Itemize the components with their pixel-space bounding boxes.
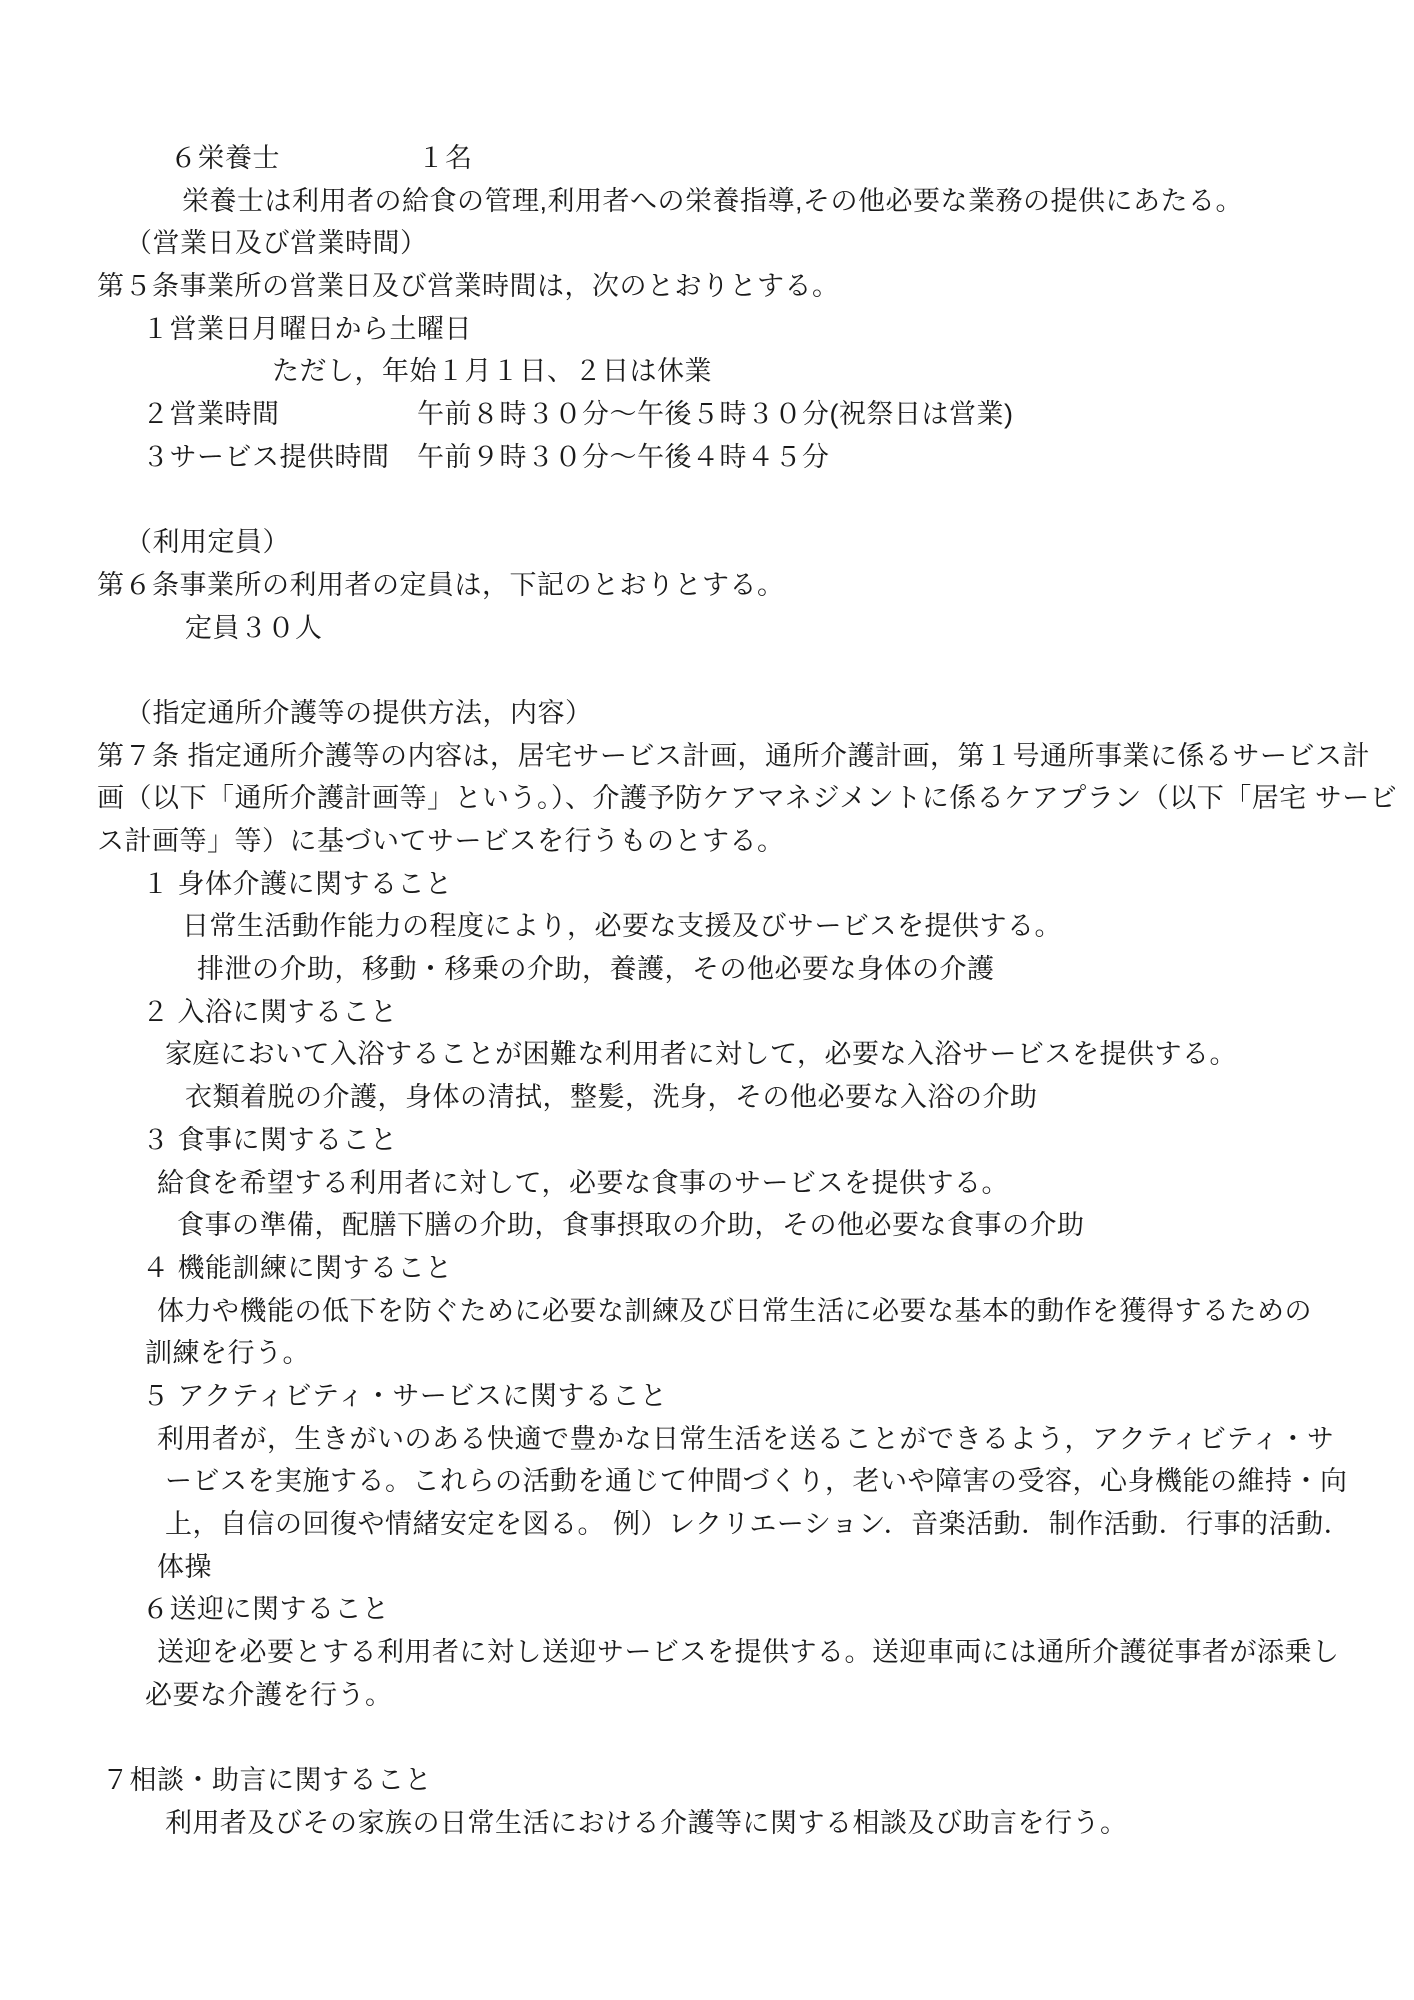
document-line: ６栄養士 １名 [97,137,1394,180]
document-line: ２営業時間 午前８時３０分～午後５時３０分(祝祭日は営業) [97,393,1394,436]
document-line: ５ アクティビティ・サービスに関すること [97,1375,1394,1418]
document-line: 必要な介護を行う。 [97,1674,1394,1717]
document-line: ６送迎に関すること [97,1588,1394,1631]
document-line: １営業日月曜日から土曜日 [97,308,1394,351]
document-line: 画（以下「通所介護計画等」という。）、介護予防ケアマネジメントに係るケアプラン（… [97,777,1394,820]
document-body: ６栄養士 １名栄養士は利用者の給食の管理,利用者への栄養指導,その他必要な業務の… [97,137,1394,1845]
document-line: 体力や機能の低下を防ぐために必要な訓練及び日常生活に必要な基本的動作を獲得するた… [97,1290,1394,1333]
document-line: （指定通所介護等の提供方法，内容） [97,692,1394,735]
document-line: 定員３０人 [97,607,1394,650]
document-line: 訓練を行う。 [97,1332,1394,1375]
document-line: ただし，年始１月１日、２日は休業 [97,350,1394,393]
document-line: 給食を希望する利用者に対して，必要な食事のサービスを提供する。 [97,1162,1394,1205]
blank-line [97,649,1394,692]
document-line: 衣類着脱の介護，身体の清拭，整髪，洗身，その他必要な入浴の介助 [97,1076,1394,1119]
document-line: ３サービス提供時間 午前９時３０分～午後４時４５分 [97,436,1394,479]
document-line: 排泄の介助，移動・移乗の介助，養護，その他必要な身体の介護 [97,948,1394,991]
document-line: 第７条 指定通所介護等の内容は，居宅サービス計画，通所介護計画，第１号通所事業に… [97,735,1394,778]
document-line: （利用定員） [97,521,1394,564]
document-line: ス計画等」等）に基づいてサービスを行うものとする。 [97,820,1394,863]
document-line: ３ 食事に関すること [97,1119,1394,1162]
document-line: 送迎を必要とする利用者に対し送迎サービスを提供する。送迎車両には通所介護従事者が… [97,1631,1394,1674]
document-line: 上，自信の回復や情緒安定を図る。 例）レクリエーション．音楽活動．制作活動．行事… [97,1503,1394,1546]
document-line: 日常生活動作能力の程度により，必要な支援及びサービスを提供する。 [97,905,1394,948]
document-line: 食事の準備，配膳下膳の介助，食事摂取の介助，その他必要な食事の介助 [97,1204,1394,1247]
document-page: ６栄養士 １名栄養士は利用者の給食の管理,利用者への栄養指導,その他必要な業務の… [0,0,1414,2000]
document-line: 家庭において入浴することが困難な利用者に対して，必要な入浴サービスを提供する。 [97,1033,1394,1076]
document-line: ２ 入浴に関すること [97,991,1394,1034]
blank-line [97,1716,1394,1759]
document-line: ４ 機能訓練に関すること [97,1247,1394,1290]
blank-line [97,479,1394,522]
document-line: 体操 [97,1546,1394,1589]
document-line: 第５条事業所の営業日及び営業時間は，次のとおりとする。 [97,265,1394,308]
document-line: 利用者及びその家族の日常生活における介護等に関する相談及び助言を行う。 [97,1802,1394,1845]
document-line: 利用者が，生きがいのある快適で豊かな日常生活を送ることができるよう，アクティビテ… [97,1418,1394,1461]
document-line: ７相談・助言に関すること [97,1759,1394,1802]
document-line: １ 身体介護に関すること [97,863,1394,906]
document-line: 第６条事業所の利用者の定員は，下記のとおりとする。 [97,564,1394,607]
document-line: （営業日及び営業時間） [97,222,1394,265]
document-line: 栄養士は利用者の給食の管理,利用者への栄養指導,その他必要な業務の提供にあたる。 [97,180,1394,223]
document-line: ービスを実施する。これらの活動を通じて仲間づくり，老いや障害の受容，心身機能の維… [97,1460,1394,1503]
